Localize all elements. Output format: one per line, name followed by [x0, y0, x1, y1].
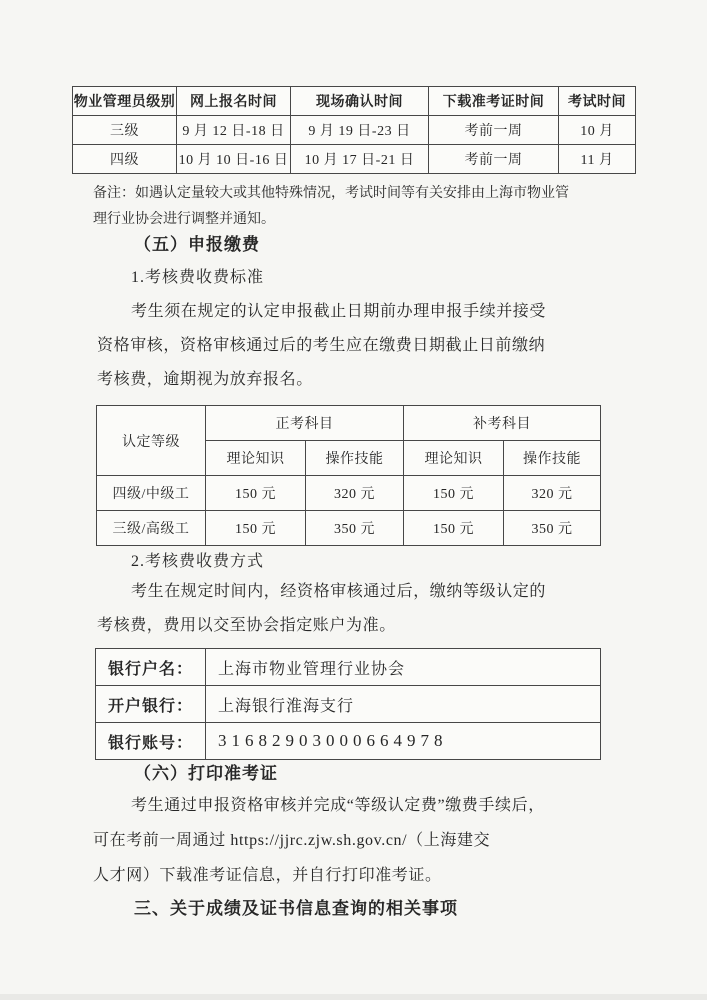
schedule-header-onsite-confirmation: 现场确认时间 [291, 87, 429, 116]
scan-bottom-edge [0, 994, 707, 1000]
remark-line: 理行业协会进行调整并通知。 [93, 209, 275, 231]
schedule-header-online-registration: 网上报名时间 [177, 87, 291, 116]
table-row: 银行户名： 上海市物业管理行业协会 [96, 649, 601, 686]
fee-cell: 350 元 [504, 511, 601, 546]
bank-account-name-value: 上海市物业管理行业协会 [206, 649, 601, 686]
table-row: 三级 9 月 12 日-18 日 9 月 19 日-23 日 考前一周 10 月 [73, 116, 636, 145]
section-heading-3: 三、关于成绩及证书信息查询的相关事项 [134, 898, 458, 920]
fee-subheader: 操作技能 [306, 441, 404, 476]
table-row: 认定等级 正考科目 补考科目 [97, 406, 601, 441]
fee-cell: 320 元 [306, 476, 404, 511]
body-paragraph-line: 考核费，费用以交至协会指定账户为准。 [97, 615, 396, 637]
fee-cell: 150 元 [206, 476, 306, 511]
fee-subheader: 操作技能 [504, 441, 601, 476]
bank-account-number-value: 31682903000664978 [206, 723, 601, 760]
schedule-cell: 9 月 12 日-18 日 [177, 116, 291, 145]
fee-cell: 320 元 [504, 476, 601, 511]
table-row: 开户银行： 上海银行淮海支行 [96, 686, 601, 723]
fee-group-header-makeup: 补考科目 [404, 406, 601, 441]
schedule-header-ticket-download: 下载准考证时间 [429, 87, 559, 116]
fee-cell: 350 元 [306, 511, 404, 546]
body-paragraph-line: 考生须在规定的认定申报截止日期前办理申报手续并接受 [131, 301, 546, 323]
body-paragraph-line-with-url: 可在考前一周通过 https://jjrc.zjw.sh.gov.cn/（上海建… [93, 830, 490, 852]
bank-branch-value: 上海银行淮海支行 [206, 686, 601, 723]
fee-cell: 150 元 [206, 511, 306, 546]
schedule-cell: 11 月 [559, 145, 636, 174]
schedule-cell: 考前一周 [429, 145, 559, 174]
fee-table: 认定等级 正考科目 补考科目 理论知识 操作技能 理论知识 操作技能 四级/中级… [96, 405, 601, 546]
fee-cell: 150 元 [404, 511, 504, 546]
schedule-cell: 四级 [73, 145, 177, 174]
table-row: 银行账号： 31682903000664978 [96, 723, 601, 760]
schedule-cell: 10 月 17 日-21 日 [291, 145, 429, 174]
section-heading-5: （五）申报缴费 [134, 234, 260, 256]
fee-method-title: 2.考核费收费方式 [131, 551, 264, 573]
schedule-header-exam-time: 考试时间 [559, 87, 636, 116]
table-row: 三级/高级工 150 元 350 元 150 元 350 元 [97, 511, 601, 546]
fee-group-header-regular: 正考科目 [206, 406, 404, 441]
fee-standard-title: 1.考核费收费标准 [131, 267, 264, 289]
body-paragraph-line: 考生通过申报资格审核并完成“等级认定费”缴费手续后， [131, 795, 545, 817]
schedule-header-level: 物业管理员级别 [73, 87, 177, 116]
scanned-document-page: 物业管理员级别 网上报名时间 现场确认时间 下载准考证时间 考试时间 三级 9 … [0, 0, 707, 1000]
body-paragraph-line: 考生在规定时间内，经资格审核通过后，缴纳等级认定的 [131, 581, 546, 603]
table-row: 四级/中级工 150 元 320 元 150 元 320 元 [97, 476, 601, 511]
schedule-cell: 10 月 [559, 116, 636, 145]
section-heading-6: （六）打印准考证 [134, 763, 278, 785]
fee-cell: 三级/高级工 [97, 511, 206, 546]
schedule-cell: 9 月 19 日-23 日 [291, 116, 429, 145]
table-row: 物业管理员级别 网上报名时间 现场确认时间 下载准考证时间 考试时间 [73, 87, 636, 116]
table-row: 四级 10 月 10 日-16 日 10 月 17 日-21 日 考前一周 11… [73, 145, 636, 174]
fee-cell: 150 元 [404, 476, 504, 511]
bank-account-table: 银行户名： 上海市物业管理行业协会 开户银行： 上海银行淮海支行 银行账号： 3… [95, 648, 601, 760]
fee-subheader: 理论知识 [404, 441, 504, 476]
exam-schedule-table: 物业管理员级别 网上报名时间 现场确认时间 下载准考证时间 考试时间 三级 9 … [72, 86, 636, 174]
body-paragraph-line: 资格审核，资格审核通过后的考生应在缴费日期截止日前缴纳 [97, 335, 545, 357]
fee-cell: 四级/中级工 [97, 476, 206, 511]
fee-subheader: 理论知识 [206, 441, 306, 476]
bank-branch-label: 开户银行： [96, 686, 206, 723]
bank-account-number-label: 银行账号： [96, 723, 206, 760]
body-paragraph-line: 人才网）下载准考证信息，并自行打印准考证。 [93, 865, 442, 887]
bank-account-name-label: 银行户名： [96, 649, 206, 686]
remark-line: 备注：如遇认定量较大或其他特殊情况，考试时间等有关安排由上海市物业管 [93, 183, 569, 205]
schedule-cell: 三级 [73, 116, 177, 145]
body-paragraph-line: 考核费，逾期视为放弃报名。 [97, 369, 313, 391]
schedule-cell: 10 月 10 日-16 日 [177, 145, 291, 174]
schedule-cell: 考前一周 [429, 116, 559, 145]
fee-corner-cell: 认定等级 [97, 406, 206, 476]
